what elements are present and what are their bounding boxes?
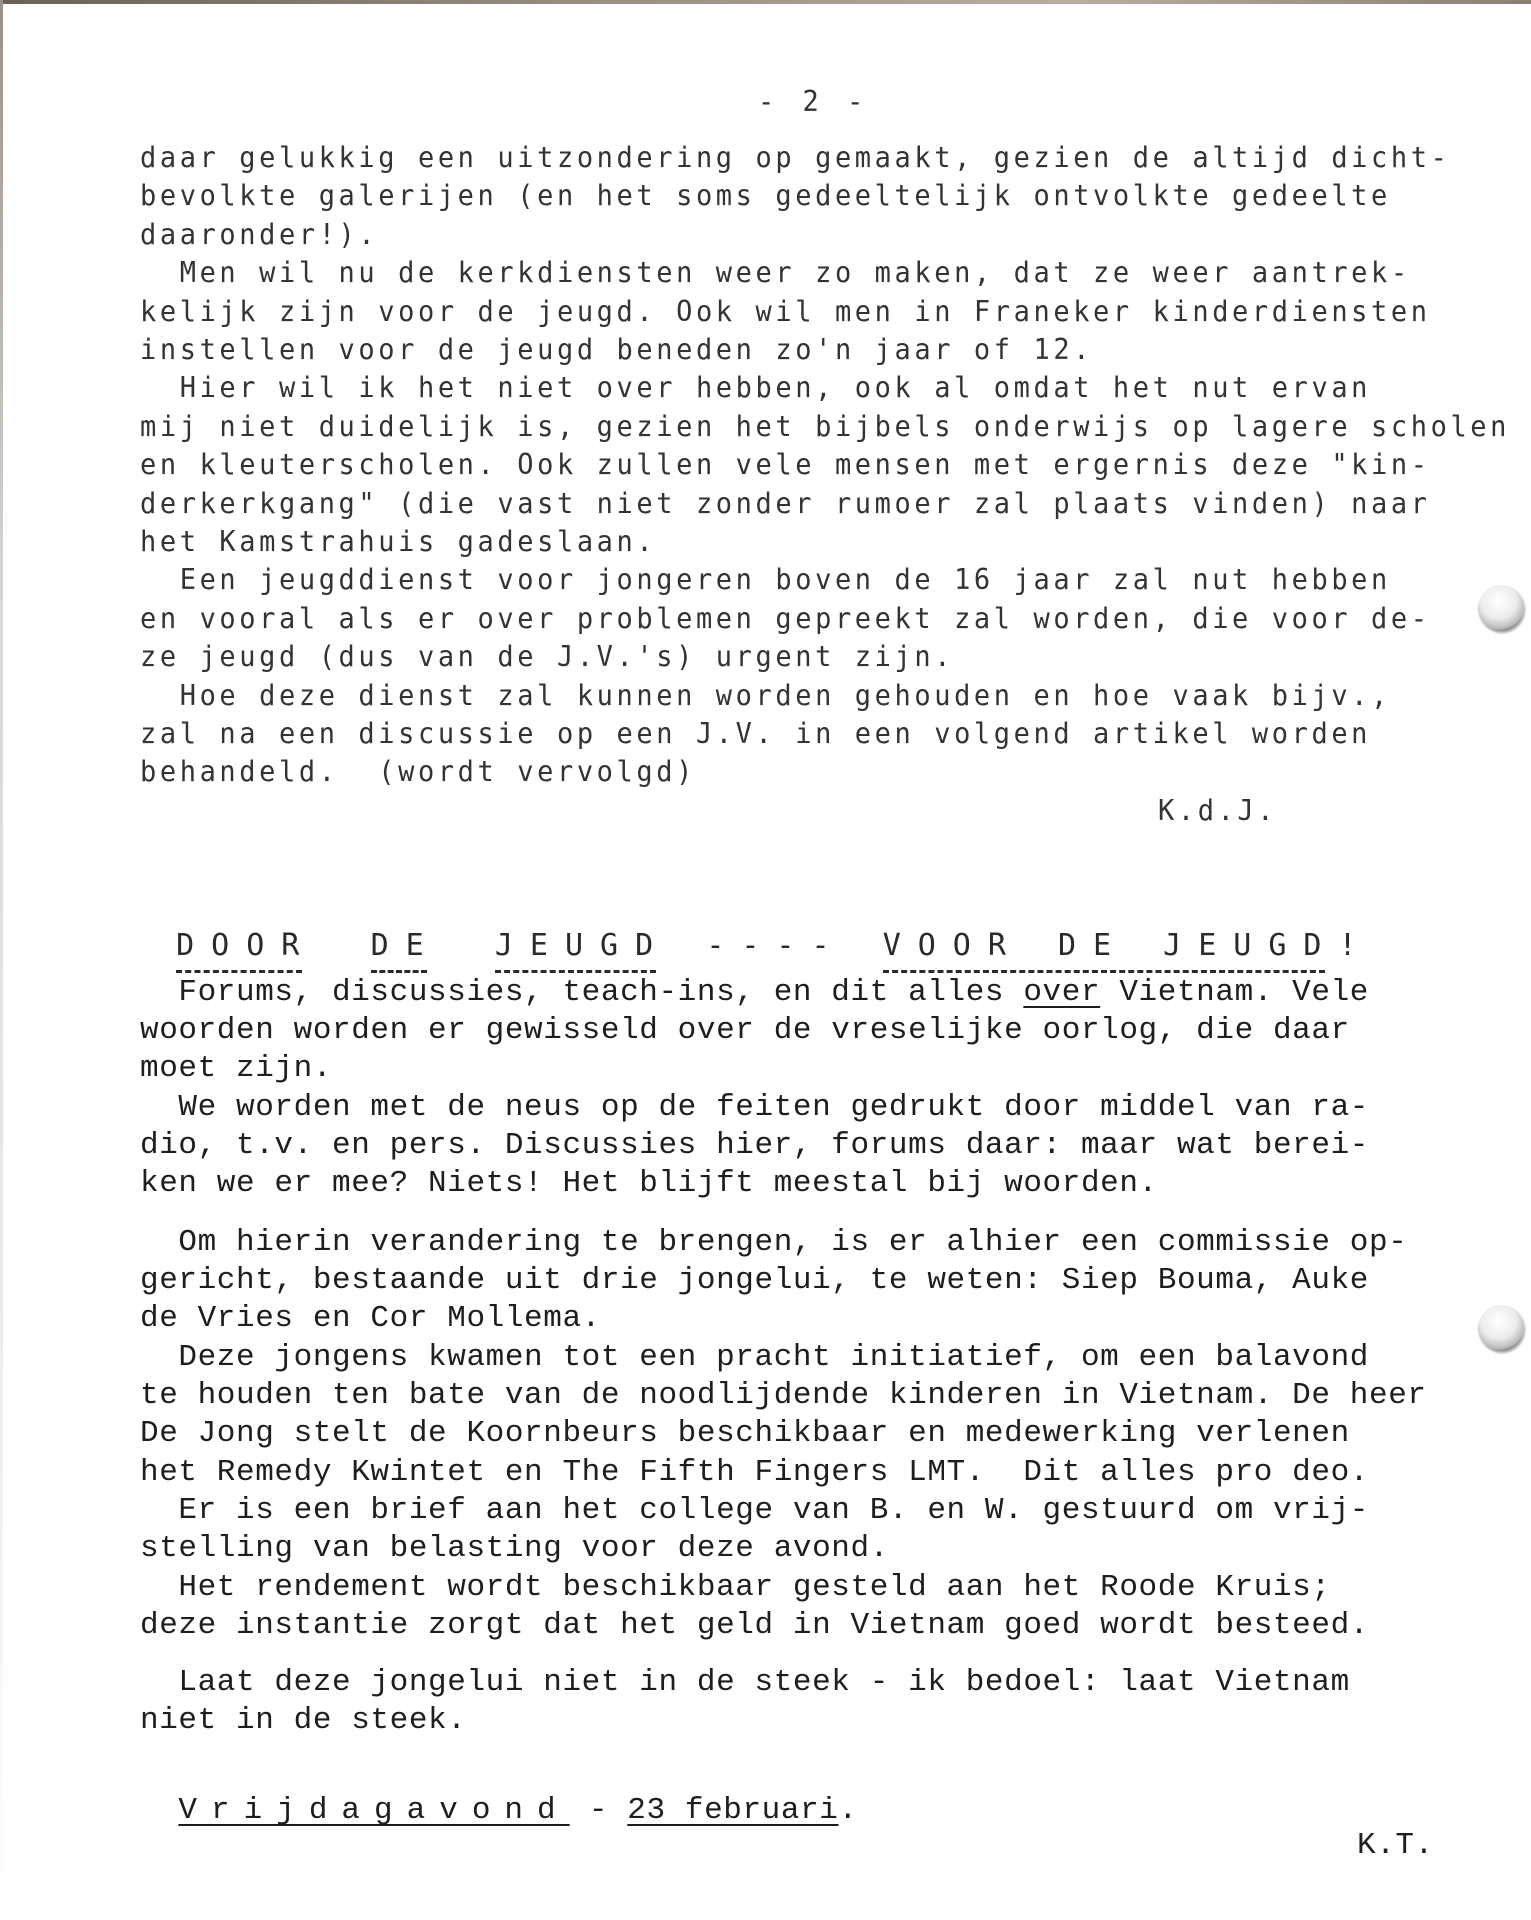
signature-kt: K.T. [1357,1828,1434,1863]
text-line: en vooral als er over problemen gepreekt… [140,603,1431,636]
heading-dashes: ---- [706,928,846,963]
scan-left-edge [0,0,3,1920]
text-line: Deze jongens kwamen tot een pracht initi… [140,1340,1369,1375]
text-line: niet in de steek. [140,1703,466,1738]
punch-hole-upper [1478,585,1524,631]
text-line: de Vries en Cor Mollema. [140,1301,601,1336]
text-line: Het rendement wordt beschikbaar gesteld … [140,1570,1331,1605]
text-line: derkerkgang" (die vast niet zonder rumoe… [140,488,1431,521]
text-line: Laat deze jongelui niet in de steek - ik… [140,1665,1350,1700]
emphasized-word: over [1023,975,1100,1010]
text-line: zal na een discussie op een J.V. in een … [140,718,1371,751]
scan-top-edge [0,0,1531,4]
text-line: ze jeugd (dus van de J.V.'s) urgent zijn… [140,641,954,674]
text-line: instellen voor de jeugd beneden zo'n jaa… [140,334,1093,367]
text-line: dio, t.v. en pers. Discussies hier, foru… [140,1128,1369,1163]
text-line: Om hierin verandering te brengen, is er … [140,1225,1407,1260]
heading-word-jeugd: JEUGD [495,928,670,963]
text-line: mij niet duidelijk is, gezien het bijbel… [140,411,1510,444]
text-line: ken we er mee? Niets! Het blijft meestal… [140,1166,1158,1201]
text-line: Hoe deze dienst zal kunnen worden gehoud… [140,680,1391,713]
text-line: Men wil nu de kerkdiensten weer zo maken… [140,257,1411,290]
text-line: Hier wil ik het niet over hebben, ook al… [140,372,1371,405]
text-line: het Remedy Kwintet en The Fifth Fingers … [140,1455,1369,1490]
section-heading: DOOR DE JEUGD ---- VOOR DE JEUGD! [140,893,1374,963]
event-day: Vrijdagavond [178,1793,569,1828]
signature-kdj: K.d.J. [1158,795,1277,828]
text-line: woorden worden er gewisseld over de vres… [140,1013,1350,1048]
heading-word-de: DE [371,928,441,963]
text-line: en kleuterscholen. Ook zullen vele mense… [140,449,1431,482]
event-date: 23 februari [627,1793,838,1828]
text-line: deze instantie zorgt dat het geld in Vie… [140,1608,1369,1643]
heading-voor-de-jeugd: VOOR DE JEUGD [883,928,1339,963]
text-line: bevolkte galerijen (en het soms gedeelte… [140,180,1391,213]
text-line: Er is een brief aan het college van B. e… [140,1493,1369,1528]
page-number: - 2 - [758,86,869,119]
text-line: kelijk zijn voor de jeugd. Ook wil men i… [140,296,1431,329]
date-period: . [839,1793,858,1828]
text-line: We worden met de neus op de feiten gedru… [140,1090,1369,1125]
date-separator: - [570,1793,628,1828]
text-line: stelling van belasting voor deze avond. [140,1531,889,1566]
heading-exclamation: ! [1339,928,1374,963]
text-line: gericht, bestaande uit drie jongelui, te… [140,1263,1369,1298]
heading-word-door: DOOR [176,928,316,963]
text-line: het Kamstrahuis gadeslaan. [140,526,656,559]
punch-hole-lower [1478,1305,1524,1351]
text-line: behandeld. (wordt vervolgd) [140,756,696,789]
text-line: Een jeugddienst voor jongeren boven de 1… [140,564,1391,597]
text-line: Forums, discussies, teach-ins, en dit al… [140,975,1369,1010]
text-line: daar gelukkig een uitzondering op gemaak… [140,142,1450,175]
text-line: moet zijn. [140,1051,332,1086]
text-line: te houden ten bate van de noodlijdende k… [140,1378,1427,1413]
text-line: De Jong stelt de Koornbeurs beschikbaar … [140,1416,1350,1451]
text-line: daaronder!). [140,219,378,252]
event-date-line: Vrijdagavond - 23 februari. [140,1758,858,1828]
